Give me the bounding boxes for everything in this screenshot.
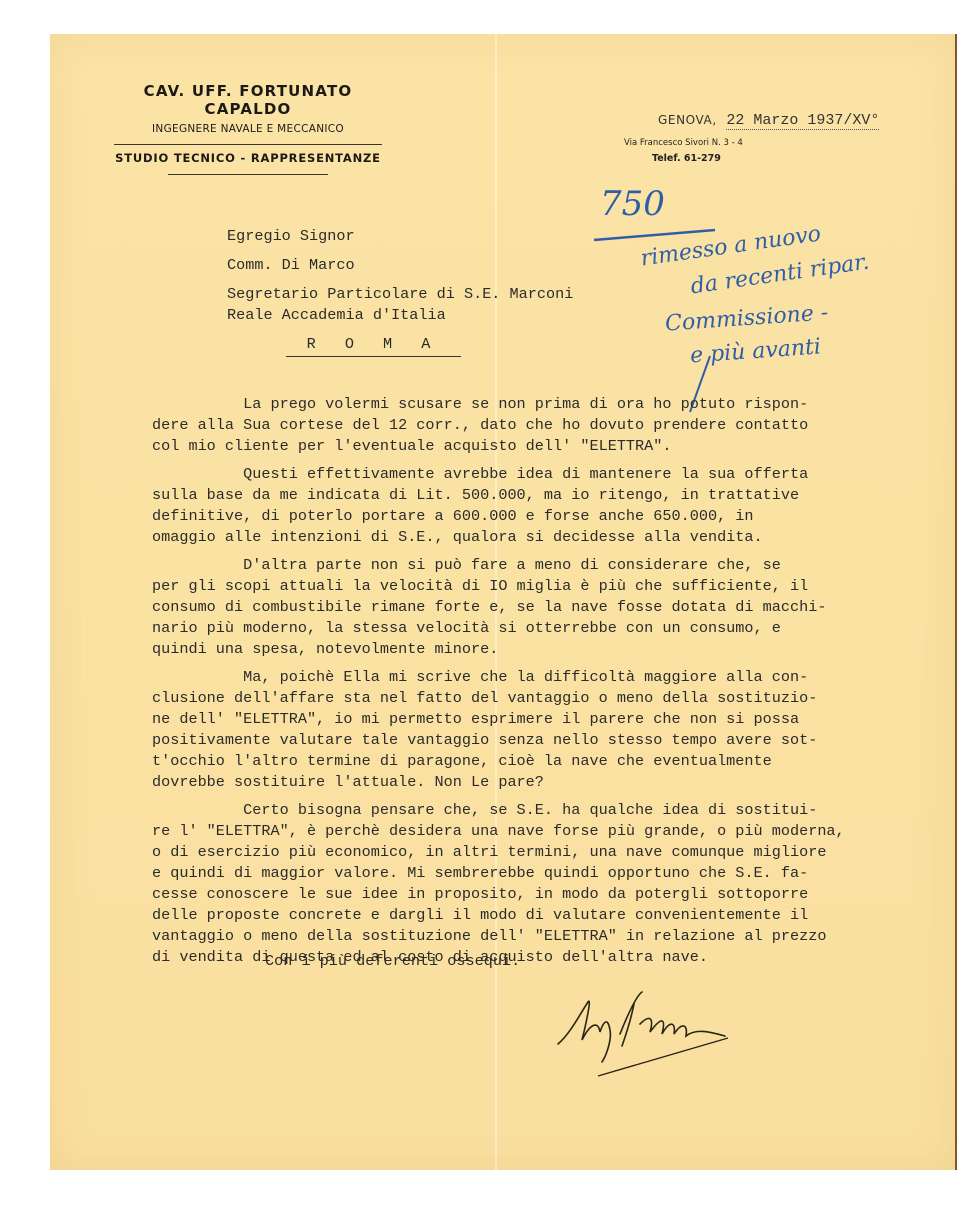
body-line: per gli scopi attuali la velocità di IO …: [152, 576, 942, 597]
letterhead: CAV. UFF. FORTUNATO CAPALDO INGEGNERE NA…: [98, 82, 398, 175]
body-line: col mio cliente per l'eventuale acquisto…: [152, 436, 942, 457]
letterhead-rule-short: [168, 174, 328, 175]
body-line: clusione dell'affare sta nel fatto del v…: [152, 688, 942, 709]
recipient-block: Egregio Signor Comm. Di Marco Segretario…: [227, 226, 573, 326]
body-paragraph: D'altra parte non si può fare a meno di …: [152, 555, 942, 660]
annotation-number: 750: [600, 184, 665, 224]
signature-icon: [550, 984, 770, 1079]
body-line: cesse conoscere le sue idee in proposito…: [152, 884, 942, 905]
recipient-position: Segretario Particolare di S.E. Marconi: [227, 284, 573, 305]
closing-line: Con i più deferenti ossequi.: [265, 951, 520, 972]
recipient-name: Comm. Di Marco: [227, 255, 573, 276]
body-line: delle proposte concrete e dargli il modo…: [152, 905, 942, 926]
letterhead-name: CAV. UFF. FORTUNATO CAPALDO: [98, 82, 398, 118]
body-line: positivamente valutare tale vantaggio se…: [152, 730, 942, 751]
address-telephone: Telef. 61-279: [652, 153, 743, 164]
body-paragraph: Certo bisogna pensare che, se S.E. ha qu…: [152, 800, 942, 968]
dateline-city: GENOVA,: [658, 113, 717, 127]
body-line: Ma, poichè Ella mi scrive che la diffico…: [152, 667, 942, 688]
body-line: Questi effettivamente avrebbe idea di ma…: [152, 464, 942, 485]
dateline: GENOVA, 22 Marzo 1937/XV°: [658, 111, 879, 129]
body-line: dovrebbe sostituire l'attuale. Non Le pa…: [152, 772, 942, 793]
body-line: sulla base da me indicata di Lit. 500.00…: [152, 485, 942, 506]
body-line: re l' "ELETTRA", è perchè desidera una n…: [152, 821, 942, 842]
recipient-salutation: Egregio Signor: [227, 226, 573, 247]
letterhead-title: INGEGNERE NAVALE E MECCANICO: [98, 123, 398, 135]
body-line: dere alla Sua cortese del 12 corr., dato…: [152, 415, 942, 436]
annotation-line-3: Commissione -: [664, 300, 829, 336]
handwritten-annotation: 750 rimesso a nuovo da recenti ripar. Co…: [590, 184, 920, 404]
address-street: Via Francesco Sivori N. 3 - 4: [624, 138, 743, 148]
body-line: nario più moderno, la stessa velocità si…: [152, 618, 942, 639]
body-line: consumo di combustibile rimane forte e, …: [152, 597, 942, 618]
body-line: La prego volermi scusare se non prima di…: [152, 394, 942, 415]
letter-body: La prego volermi scusare se non prima di…: [152, 394, 942, 975]
body-line: e quindi di maggior valore. Mi sembrereb…: [152, 863, 942, 884]
body-line: D'altra parte non si può fare a meno di …: [152, 555, 942, 576]
body-paragraph: Ma, poichè Ella mi scrive che la diffico…: [152, 667, 942, 793]
body-line: definitive, di poterlo portare a 600.000…: [152, 506, 942, 527]
recipient-institution: Reale Accademia d'Italia: [227, 305, 573, 326]
letterhead-rule: [114, 144, 382, 145]
body-line: omaggio alle intenzioni di S.E., qualora…: [152, 527, 942, 548]
body-line: Certo bisogna pensare che, se S.E. ha qu…: [152, 800, 942, 821]
body-line: o di esercizio più economico, in altri t…: [152, 842, 942, 863]
letterhead-studio: STUDIO TECNICO - RAPPRESENTANZE: [98, 151, 398, 165]
body-paragraph: Questi effettivamente avrebbe idea di ma…: [152, 464, 942, 548]
body-line: ne dell' "ELETTRA", io mi permetto espri…: [152, 709, 942, 730]
body-paragraph: La prego volermi scusare se non prima di…: [152, 394, 942, 457]
dateline-date: 22 Marzo 1937/XV°: [726, 112, 879, 130]
body-line: quindi una spesa, notevolmente minore.: [152, 639, 942, 660]
recipient-city: R O M A: [286, 334, 461, 357]
body-line: t'occhio l'altro termine di paragone, ci…: [152, 751, 942, 772]
sender-address: Via Francesco Sivori N. 3 - 4 Telef. 61-…: [624, 138, 743, 164]
body-line: vantaggio o meno della sostituzione dell…: [152, 926, 942, 947]
letter-paper: CAV. UFF. FORTUNATO CAPALDO INGEGNERE NA…: [50, 34, 957, 1170]
